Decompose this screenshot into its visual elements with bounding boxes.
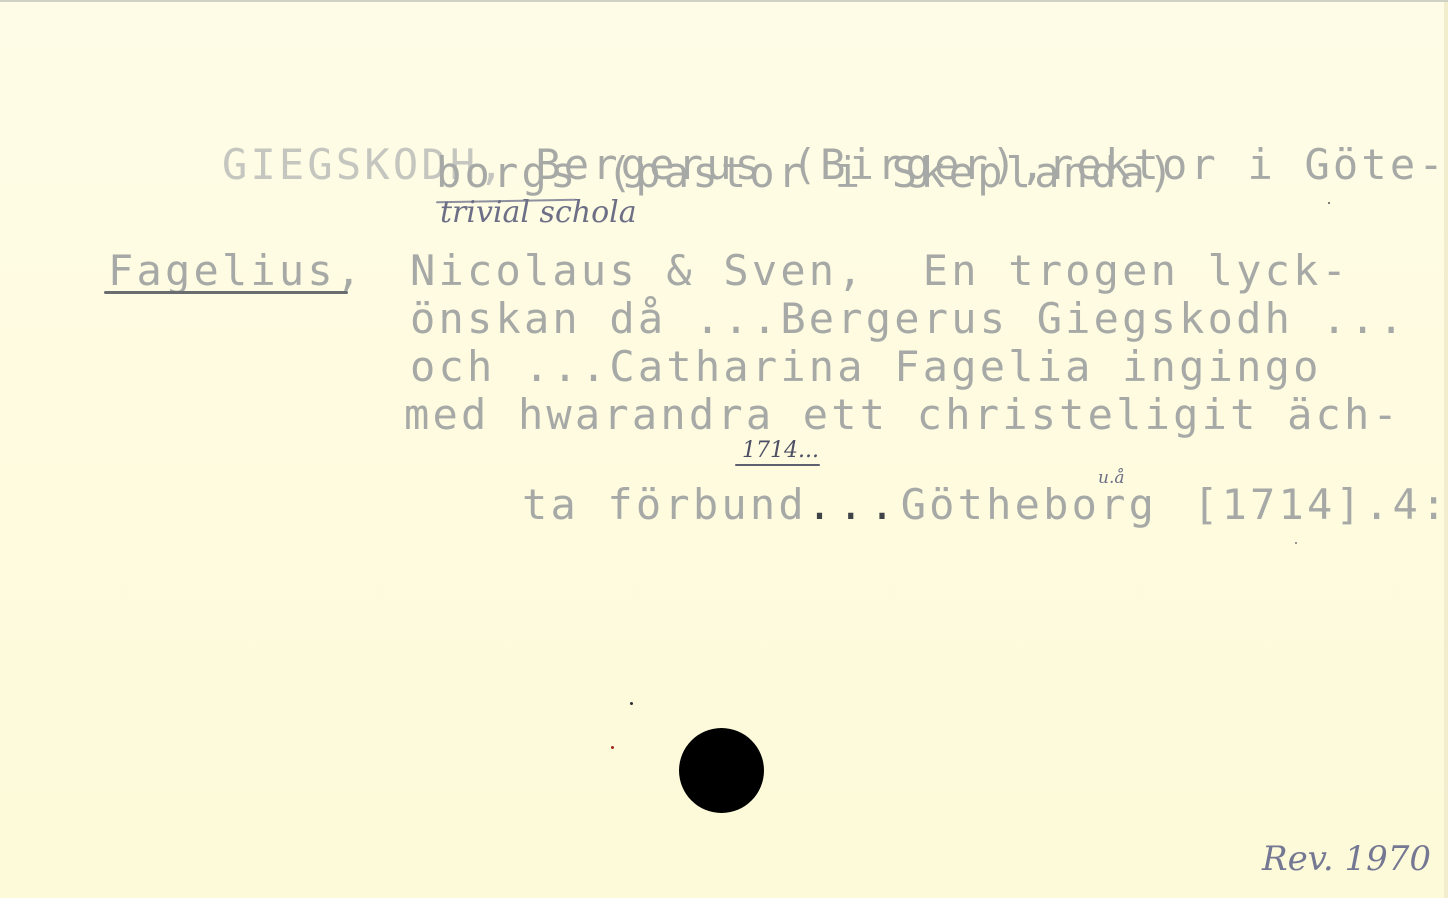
author-underline — [104, 291, 348, 294]
entry-line-5-c: [1714].4:o. — [1193, 480, 1448, 529]
entry-line-1: Nicolaus & Sven, En trogen lyck- — [410, 250, 1350, 292]
entry-line-2: önskan då ...Bergerus Giegskodh ... — [410, 298, 1407, 340]
punch-hole — [679, 728, 764, 813]
entry-author: Fagelius, — [108, 250, 364, 292]
handwritten-place-note: u.å — [1098, 470, 1125, 487]
speck — [630, 702, 633, 705]
entry-line-5-dots: ... — [807, 480, 901, 529]
speck — [1328, 202, 1330, 204]
entry-line-3: och ...Catharina Fagelia ingingo — [410, 346, 1322, 388]
entry-line-5: ta förbund...Götheborg[1714].4:o. — [408, 442, 1448, 568]
speck — [1295, 542, 1297, 544]
handwritten-date-insert: 1714... — [742, 440, 819, 462]
revision-note: Rev. 1970 — [1262, 842, 1431, 876]
heading-line-2: borgs (pastor i Skeplanda) — [436, 152, 1177, 194]
handwritten-insert-trivial-schola: trivial schola — [440, 198, 637, 228]
entry-line-4: med hwarandra ett christeligit äch- — [404, 394, 1401, 436]
catalog-card: GIEGSKODH, Bergerus (Birger),rektor i Gö… — [0, 0, 1448, 898]
entry-line-5-a: ta förbund — [522, 480, 807, 529]
handwritten-date-insert-stroke — [735, 464, 820, 466]
speck — [611, 746, 614, 749]
